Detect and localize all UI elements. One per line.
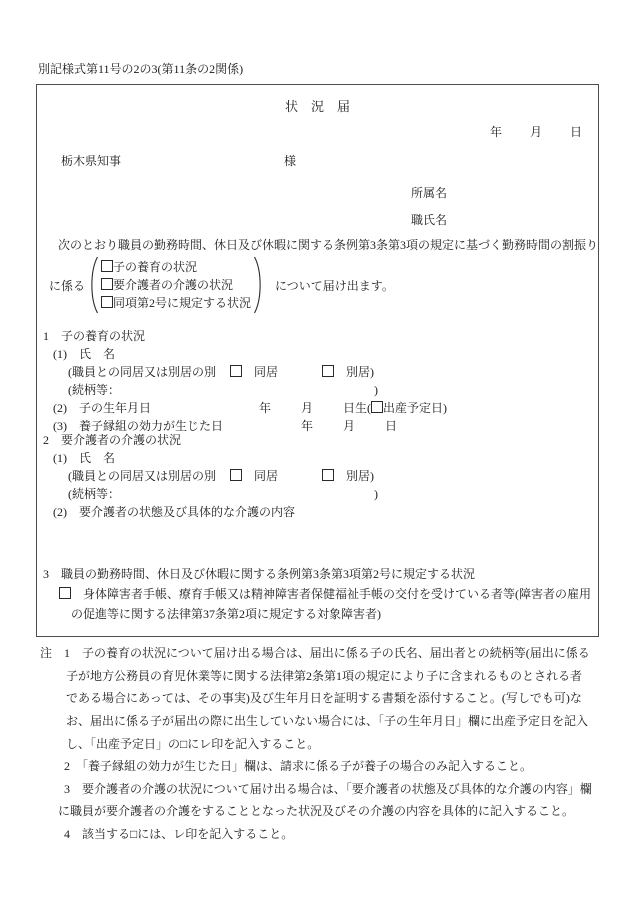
adoption-month-label: 月 [343,419,355,433]
date-year-label: 年 [490,125,502,139]
birth-day-suffix: 出産予定日) [383,401,447,415]
checkbox-section1-cohabiting[interactable] [230,365,242,377]
bracket-prefix: に係る [49,277,85,294]
section3-option-text: 身体障害者手帳、療育手帳又は精神障害者保健福祉手帳の交付を受けている者等(障害者… [71,587,591,601]
document-title: 状 況 届 [37,99,598,115]
adoption-year-label: 年 [301,419,313,433]
affiliation-label: 所属名 [411,185,447,201]
relation-label: (続柄等： [68,383,120,397]
residence-separate-label: 別居) [334,365,374,379]
section1-relation-line: (続柄等：) [68,382,378,398]
bracket-option-label: 要介護者の介護の状況 [113,278,233,292]
date-line: 年月日 [490,124,582,140]
section2-name-line: (1) 氏 名 [53,450,115,466]
intro-sentence: 次のとおり職員の勤務時間、休日及び休暇に関する条例第3条第3項の規定に基づく勤務… [58,237,598,253]
birth-label: (2) 子の生年月日 [53,401,151,415]
checkbox-item2-status[interactable] [101,296,113,308]
checkbox-section2-separate[interactable] [322,469,334,481]
bracket-group: に係る 子の養育の状況 要介護者の介護の状況 同項第2号に規定する状況 について… [49,255,394,315]
relation-close: ) [374,487,378,501]
checkbox-section1-separate[interactable] [322,365,334,377]
note-1-line-3: である場合にあっては、その事実)及び生年月日を証明する書類を添付すること。(写し… [66,690,582,706]
bracket-option-label: 子の養育の状況 [113,260,197,274]
relation-label: (続柄等： [68,487,120,501]
form-box: 状 況 届 年月日 栃木県知事様 所属名 職氏名 次のとおり職員の勤務時間、休日… [36,84,599,637]
residence-separate-label: 別居) [334,469,374,483]
section3-heading: 3 職員の勤務時間、休日及び休暇に関する条例第3条第3項第2号に規定する状況 [43,566,475,582]
residence-label: (職員との同居又は別居の別 [68,365,216,379]
note-1-line-2: 子が地方公務員の育児休業等に関する法律第2条第1項の規定により子に含まれるものと… [66,668,582,684]
section1-residence-line: (職員との同居又は別居の別 同居 別居) [68,364,374,380]
checkbox-disability-certificate[interactable] [59,587,71,599]
residence-label: (職員との同居又は別居の別 [68,469,216,483]
note-2: 2 「養子縁組の効力が生じた日」欄は、請求に係る子が養子の場合のみ記入すること。 [64,758,532,774]
left-paren-shape [87,255,99,315]
section2-relation-line: (続柄等：) [68,486,378,502]
form-code: 別記様式第11号の2の3(第11条の2関係) [38,61,243,77]
checkbox-child-care-status[interactable] [101,260,113,272]
residence-same-label: 同居 [242,365,278,379]
addressee-line: 栃木県知事様 [61,153,296,169]
date-month-label: 月 [530,125,542,139]
checkbox-expected-birth-date[interactable] [371,401,383,413]
note-3-line-1: 3 要介護者の介護の状況について届け出る場合は、「要介護者の状態及び具体的な介護… [64,781,592,797]
note-1-line-5: し、「出産予定日」の□にレ印を記入すること。 [66,736,319,752]
right-paren-shape [253,255,265,315]
section3-option-line2: の促進等に関する法律第37条第2項に規定する対象障害者) [71,606,381,622]
section1-name-line: (1) 氏 名 [53,346,115,362]
addressee: 栃木県知事 [61,154,121,168]
note-1-line-4: お、届出に係る子が届出の際に出生していない場合には、「子の生年月日」欄に出産予定… [66,713,588,729]
birth-year-label: 年 [259,401,271,415]
section3-option-line1: 身体障害者手帳、療育手帳又は精神障害者保健福祉手帳の交付を受けている者等(障害者… [59,586,591,602]
section2-heading: 2 要介護者の介護の状況 [43,432,181,448]
section2-residence-line: (職員との同居又は別居の別 同居 別居) [68,468,374,484]
date-day-label: 日 [570,125,582,139]
birth-day-prefix: 日生( [343,401,371,415]
honorific: 様 [284,154,296,168]
residence-same-label: 同居 [242,469,278,483]
adoption-label: (3) 養子縁組の効力が生じた日 [53,419,223,433]
relation-close: ) [374,383,378,397]
bracket-suffix: について届け出ます。 [275,277,394,294]
section1-heading: 1 子の養育の状況 [43,328,145,344]
section2-condition-line: (2) 要介護者の状態及び具体的な介護の内容 [53,504,295,520]
note-1-line-1: 注 1 子の養育の状況について届け出る場合は、届出に係る子の氏名、届出者との続柄… [40,645,590,661]
name-label: 職氏名 [411,212,447,228]
adoption-day-label: 日 [385,419,397,433]
checkbox-section2-cohabiting[interactable] [230,469,242,481]
birth-month-label: 月 [301,401,313,415]
note-4: 4 該当する□には、レ印を記入すること。 [64,826,293,842]
section1-birth-line: (2) 子の生年月日年月日生(出産予定日) [53,400,447,416]
note-3-line-2: に職員が要介護者の介護をすることとなった状況及びその介護の内容を具体的に記入する… [58,803,574,819]
checkbox-care-recipient-status[interactable] [101,278,113,290]
bracket-option-label: 同項第2号に規定する状況 [113,296,251,310]
